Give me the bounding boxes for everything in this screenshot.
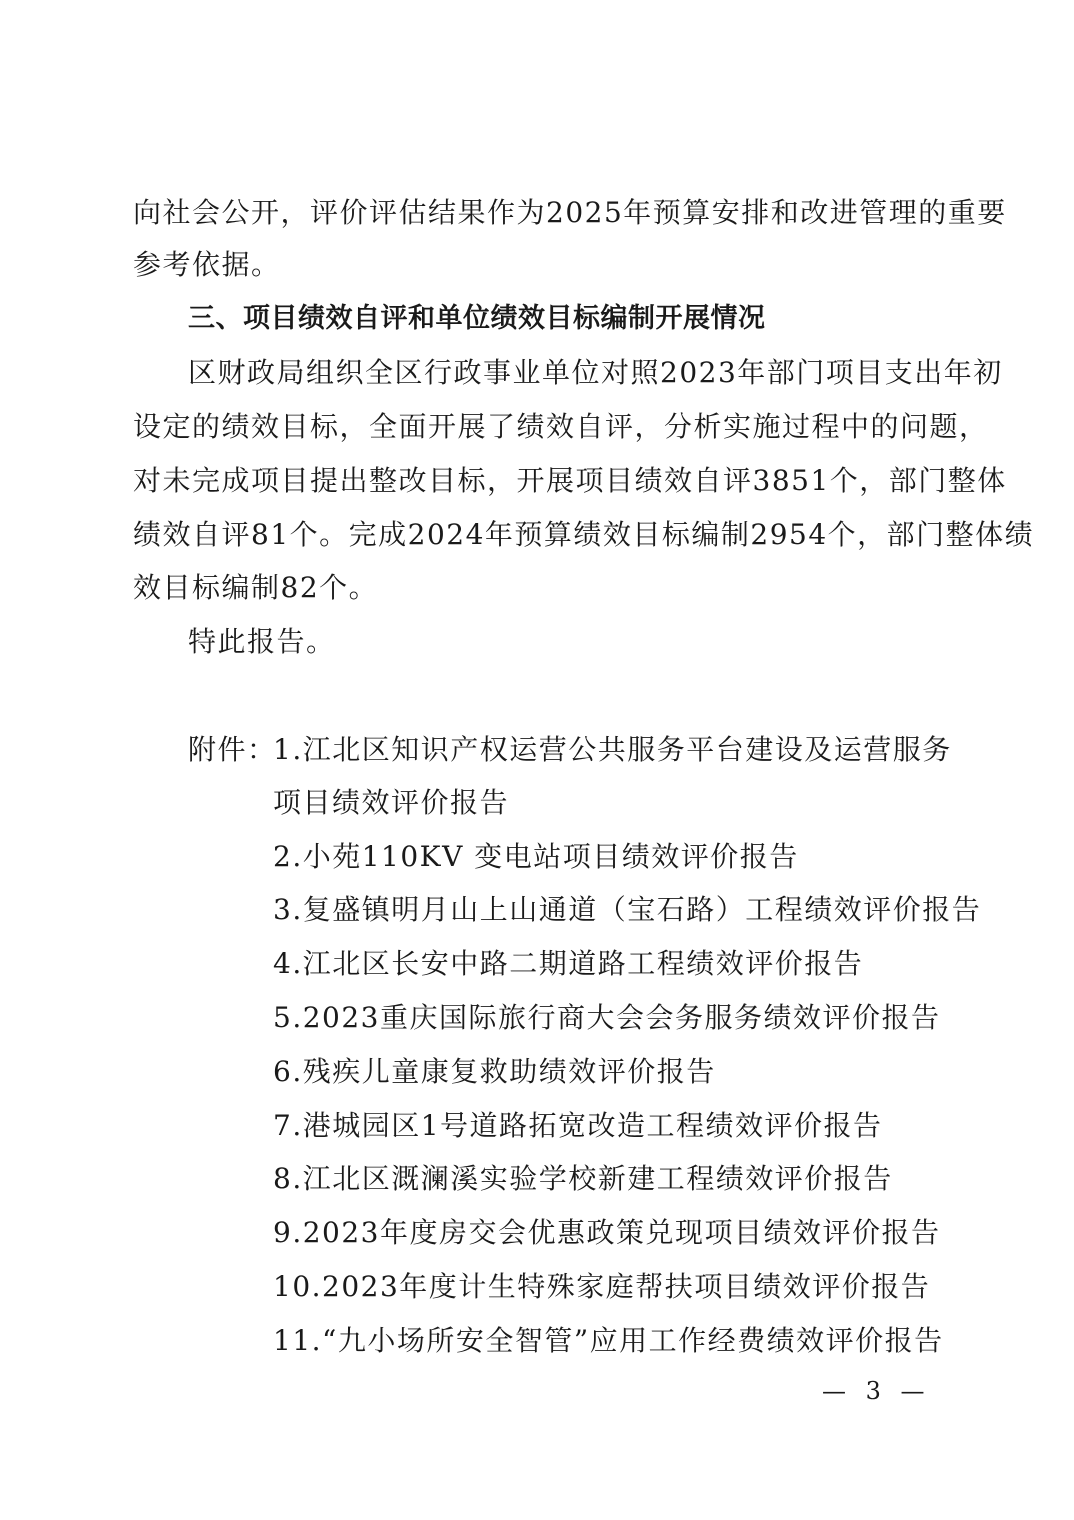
closing-statement: 特此报告。 [188,622,336,662]
attachment-item-3: 3.复盛镇明月山上山通道（宝石路）工程绩效评价报告 [273,890,981,930]
attachment-item-1: 1.江北区知识产权运营公共服务平台建设及运营服务 [273,730,952,770]
page-number: — 3 — [822,1376,931,1406]
attachment-item-6: 6.残疾儿童康复救助绩效评价报告 [273,1052,716,1092]
paragraph-line-1: 区财政局组织全区行政事业单位对照2023年部门项目支出年初 [188,353,1003,393]
paragraph-line-2: 设定的绩效目标，全面开展了绩效自评，分析实施过程中的问题， [133,407,989,447]
attachment-item-1-cont: 项目绩效评价报告 [273,783,509,823]
attachment-item-7: 7.港城园区1号道路拓宽改造工程绩效评价报告 [273,1106,883,1146]
attachment-item-9: 9.2023年度房交会优惠政策兑现项目绩效评价报告 [273,1213,940,1253]
attachment-item-4: 4.江北区长安中路二期道路工程绩效评价报告 [273,944,863,984]
attachment-item-11: 11.“九小场所安全智管”应用工作经费绩效评价报告 [273,1321,944,1361]
section-heading: 三、项目绩效自评和单位绩效目标编制开展情况 [188,299,766,339]
attachments-label: 附件： [188,730,277,770]
paragraph-line-3: 对未完成项目提出整改目标，开展项目绩效自评3851个，部门整体 [133,461,1007,501]
paragraph-continued-line-1: 向社会公开，评价评估结果作为2025年预算安排和改进管理的重要 [133,193,1007,233]
attachment-item-5: 5.2023重庆国际旅行商大会会务服务绩效评价报告 [273,998,940,1038]
attachment-item-8: 8.江北区溉澜溪实验学校新建工程绩效评价报告 [273,1159,893,1199]
attachment-item-2: 2.小苑110KV 变电站项目绩效评价报告 [273,837,799,877]
attachment-item-10: 10.2023年度计生特殊家庭帮扶项目绩效评价报告 [273,1267,930,1307]
paragraph-line-5: 效目标编制82个。 [133,568,378,608]
paragraph-continued-line-2: 参考依据。 [133,245,281,285]
paragraph-line-4: 绩效自评81个。完成2024年预算绩效目标编制2954个，部门整体绩 [133,515,1034,555]
